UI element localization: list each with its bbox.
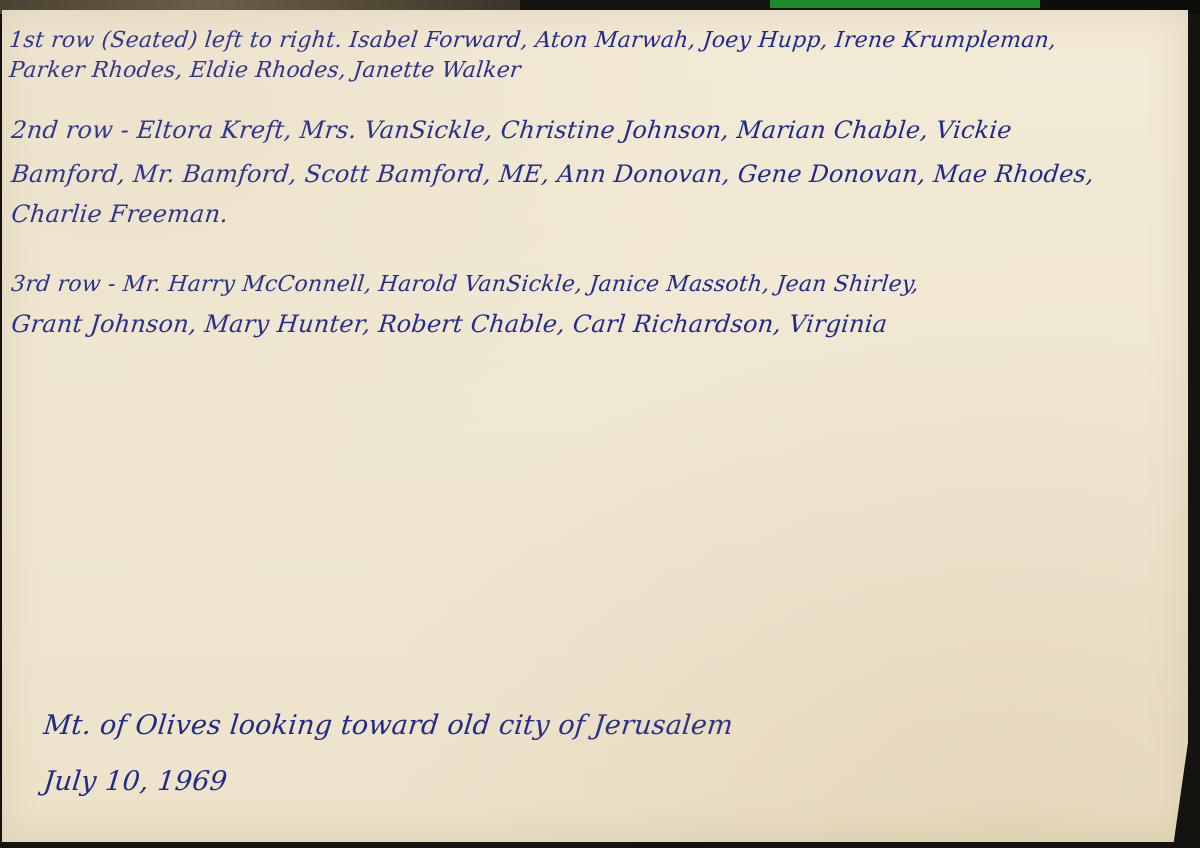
date-caption: July 10, 1969 (42, 766, 229, 797)
row2-line2: Bamford, Mr. Bamford, Scott Bamford, ME,… (10, 160, 1096, 188)
location-caption: Mt. of Olives looking toward old city of… (42, 710, 735, 741)
row1-line1: 1st row (Seated) left to right. Isabel F… (8, 28, 1057, 53)
scanned-photo-back: 1st row (Seated) left to right. Isabel F… (0, 0, 1200, 848)
scan-backdrop-green-edge (770, 0, 1040, 8)
row1-line2: Parker Rhodes, Eldie Rhodes, Janette Wal… (8, 58, 522, 83)
row3-line2: Grant Johnson, Mary Hunter, Robert Chabl… (10, 310, 889, 338)
row2-line1: 2nd row - Eltora Kreft, Mrs. VanSickle, … (10, 116, 1013, 144)
photo-card: 1st row (Seated) left to right. Isabel F… (2, 10, 1188, 842)
row3-line1: 3rd row - Mr. Harry McConnell, Harold Va… (10, 272, 920, 297)
row2-line3: Charlie Freeman. (10, 200, 230, 228)
